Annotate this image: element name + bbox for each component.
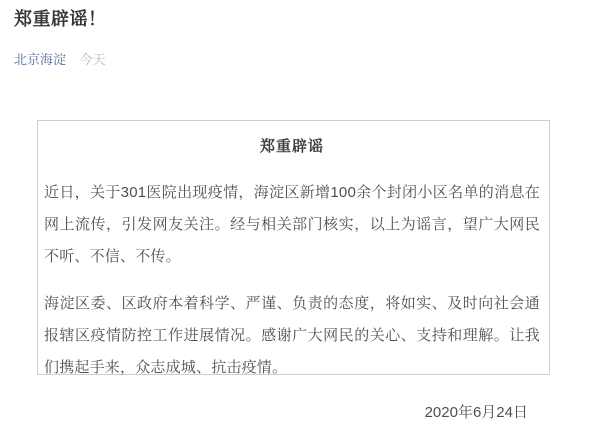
- notice-title: 郑重辟谣: [44, 138, 540, 156]
- notice-paragraph-1: 近日，关于301医院出现疫情，海淀区新增100余个封闭小区名单的消息在网上流传，…: [44, 177, 540, 273]
- notice-paragraph-2: 海淀区委、区政府本着科学、严谨、负责的态度，将如实、及时向社会通报辖区疫情防控工…: [44, 288, 540, 384]
- byline: 北京海淀 今天: [14, 52, 106, 68]
- notice-date: 2020年6月24日: [44, 404, 540, 421]
- account-name-link[interactable]: 北京海淀: [14, 52, 66, 67]
- publish-time: 今天: [80, 52, 106, 67]
- page-title: 郑重辟谣！: [14, 8, 107, 30]
- article-page: 郑重辟谣！ 北京海淀 今天 郑重辟谣 近日，关于301医院出现疫情，海淀区新增1…: [0, 0, 600, 421]
- notice-box: 郑重辟谣 近日，关于301医院出现疫情，海淀区新增100余个封闭小区名单的消息在…: [37, 120, 550, 375]
